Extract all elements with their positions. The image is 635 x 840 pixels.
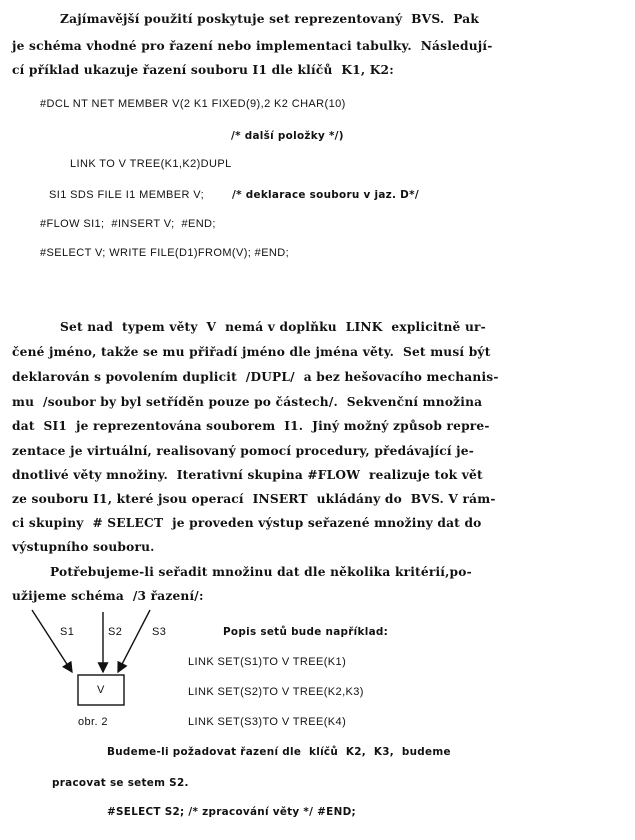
closing-line-2: pracovat se setem S2.	[52, 777, 189, 789]
figure-caption: obr. 2	[78, 716, 108, 728]
arrow-s3	[118, 610, 150, 672]
arrow-s1	[32, 610, 72, 672]
closing-select-line: #SELECT S2; /* zpracování věty */ #END;	[107, 806, 356, 818]
set-label-s2: S2	[108, 626, 122, 638]
set-label-s1: S1	[60, 626, 74, 638]
record-label: V	[97, 684, 105, 696]
sets-intro: Popis setů bude například:	[223, 626, 388, 638]
set-label-s3: S3	[152, 626, 166, 638]
link-set-s2: LINK SET(S2)TO V TREE(K2,K3)	[188, 686, 364, 698]
link-set-s3: LINK SET(S3)TO V TREE(K4)	[188, 716, 346, 728]
closing-line-1: Budeme-li požadovat řazení dle klíčů K2,…	[107, 746, 451, 758]
link-set-s1: LINK SET(S1)TO V TREE(K1)	[188, 656, 346, 668]
set-diagram	[0, 0, 635, 840]
